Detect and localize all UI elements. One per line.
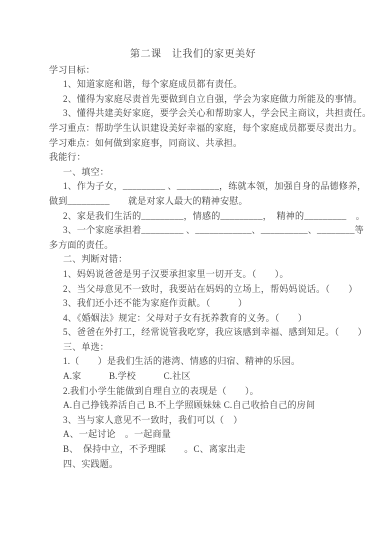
choice-options-3a: A、一起讨论 。一起商量 xyxy=(49,427,372,442)
choice-question-1: 1.（ ）是我们生活的港湾、情感的归宿、精神的乐园。 xyxy=(49,354,372,369)
fill-in-heading: 一、填空： xyxy=(49,165,372,180)
document-page: 第二课 让我们的家更美好 学习目标： 1、知道家庭和谐，每个家庭成员都有责任。 … xyxy=(0,0,382,540)
objective-item-2: 2、懂得为家庭尽责首先要做到自立自强，学会为家庭做力所能及的事情。 xyxy=(49,92,372,107)
objective-item-1: 1、知道家庭和谐，每个家庭成员都有责任。 xyxy=(49,77,372,92)
fill-in-line-1-cont: 做到_________ 就是对家人最大的精神安慰。 xyxy=(49,194,372,209)
choice-options-2: A.自己挣钱养活自己 B.不上学照顾妹妹 C.自己收拾自己的房间 xyxy=(49,398,372,413)
difficult-point-line: 学习难点：如何做到家庭事，同商议、共承担。 xyxy=(49,136,372,151)
objective-item-3: 3、懂得共建美好家庭，要学会关心和帮助家人，学会民主商议，共担责任。 xyxy=(49,106,372,121)
fill-in-line-2: 2、家是我们生活的_________，情感的_________， 精神的____… xyxy=(49,209,372,224)
choice-options-3bc: B、 保持中立，不予理睬 。C、离家出走 xyxy=(49,442,372,457)
objectives-heading: 学习目标： xyxy=(49,63,372,78)
fill-in-line-3-cont: 多方面的责任。 xyxy=(49,238,372,253)
true-false-item-3: 3、我们还小还不能为家庭作贡献。（ ） xyxy=(49,296,372,311)
true-false-item-4: 4、《婚姻法》规定：父母对子女有抚养教育的义务。（ ） xyxy=(49,311,372,326)
true-false-item-2: 2、当父母意见不一致时，我要站在妈妈的立场上，帮妈妈说话。（ ） xyxy=(49,282,372,297)
choice-question-2: 2.我们小学生能做到自理自立的表现是（ ）。 xyxy=(49,384,372,399)
true-false-heading: 二、判断对错： xyxy=(49,252,372,267)
fill-in-line-1: 1、作为子女，_________ 、_________，练就本领，加强自身的品德… xyxy=(49,179,372,194)
key-point-line: 学习重点：帮助学生认识建设美好幸福的家庭，每个家庭成员都要尽责出力。 xyxy=(49,121,372,136)
true-false-item-1: 1、妈妈说爸爸是男子汉要承担家里一切开支。（ ）。 xyxy=(49,267,372,282)
true-false-item-5: 5、爸爸在外打工，经常说管我吃穿，我应该感到幸福、感到知足。（ ） xyxy=(49,325,372,340)
choice-options-1: A.家 B.学校 C.社区 xyxy=(49,369,372,384)
i-can-heading: 我能行： xyxy=(49,150,372,165)
page-title: 第二课 让我们的家更美好 xyxy=(43,48,343,63)
practice-heading: 四、实践题。 xyxy=(49,457,372,472)
choice-question-3: 3、当与家人意见不一致时，我们可以（ ） xyxy=(49,413,372,428)
single-choice-heading: 三、单选： xyxy=(49,340,372,355)
fill-in-line-3: 3、一个家庭承担着_________ 、____________、_______… xyxy=(49,223,372,238)
